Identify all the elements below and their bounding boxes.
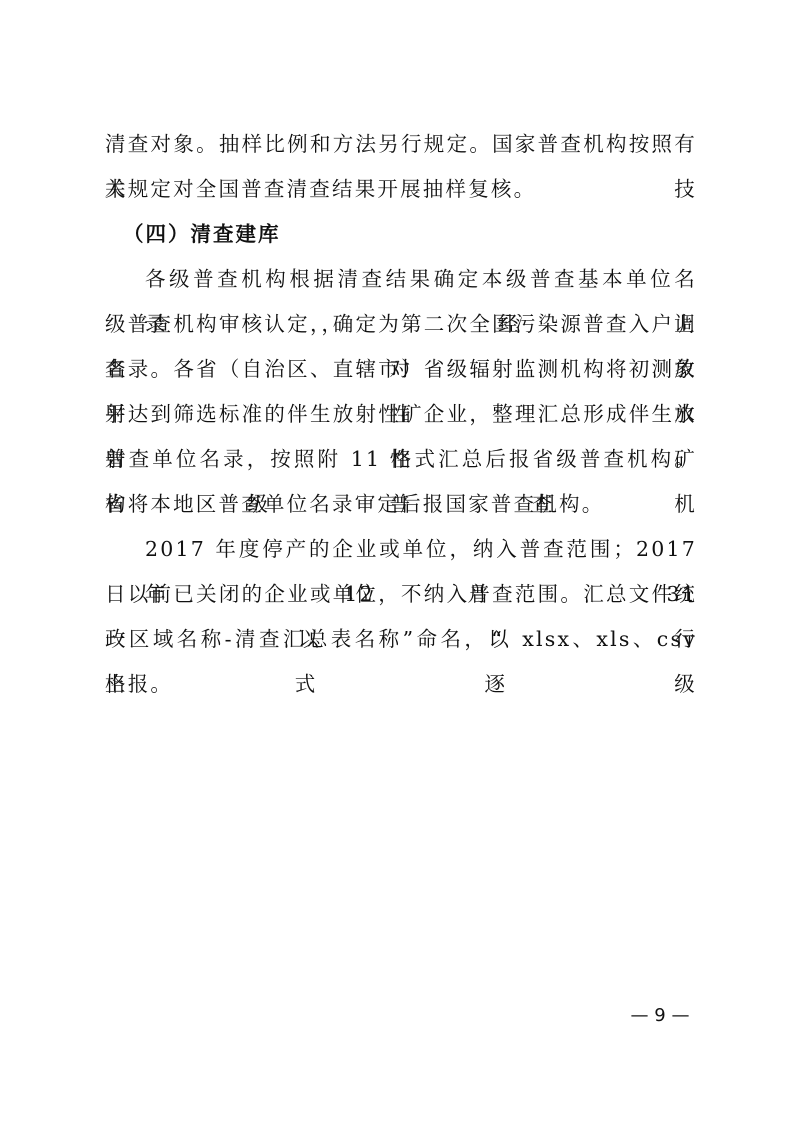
section-heading: （四）清查建库 <box>105 212 697 257</box>
paragraph-2-line-2: 级普查机构审核认定，确定为第二次全国污染源普查入户调查对象 <box>105 302 697 347</box>
paragraph-2-line-4: 平达到筛选标准的伴生放射性矿企业，整理汇总形成伴生放射性矿 <box>105 392 697 437</box>
page-number: — 9 — <box>620 1005 700 1026</box>
paragraph-2-line-5: 普查单位名录，按照附 11 格式汇总后报省级普查机构。省级普查机 <box>105 437 697 482</box>
paragraph-1-line-1: 清查对象。抽样比例和方法另行规定。国家普查机构按照有关技 <box>105 122 697 167</box>
paragraph-3-line-3: 政区域名称-清查汇总表名称”命名，以 xlsx、xls、csv 格式逐级 <box>105 617 697 662</box>
paragraph-2-line-3: 名录。各省（自治区、直辖市）省级辐射监测机构将初测放射性水 <box>105 347 697 392</box>
paragraph-3-line-2: 日以前已关闭的企业或单位，不纳入普查范围。汇总文件统一以“行 <box>105 572 697 617</box>
paragraph-2-line-1: 各级普查机构根据清查结果确定本级普查基本单位名录，经上 <box>105 257 697 302</box>
document-page: 清查对象。抽样比例和方法另行规定。国家普查机构按照有关技 术规定对全国普查清查结… <box>105 122 697 707</box>
paragraph-3-line-1: 2017 年度停产的企业或单位，纳入普查范围；2017 年 12 月 31 <box>105 527 697 572</box>
